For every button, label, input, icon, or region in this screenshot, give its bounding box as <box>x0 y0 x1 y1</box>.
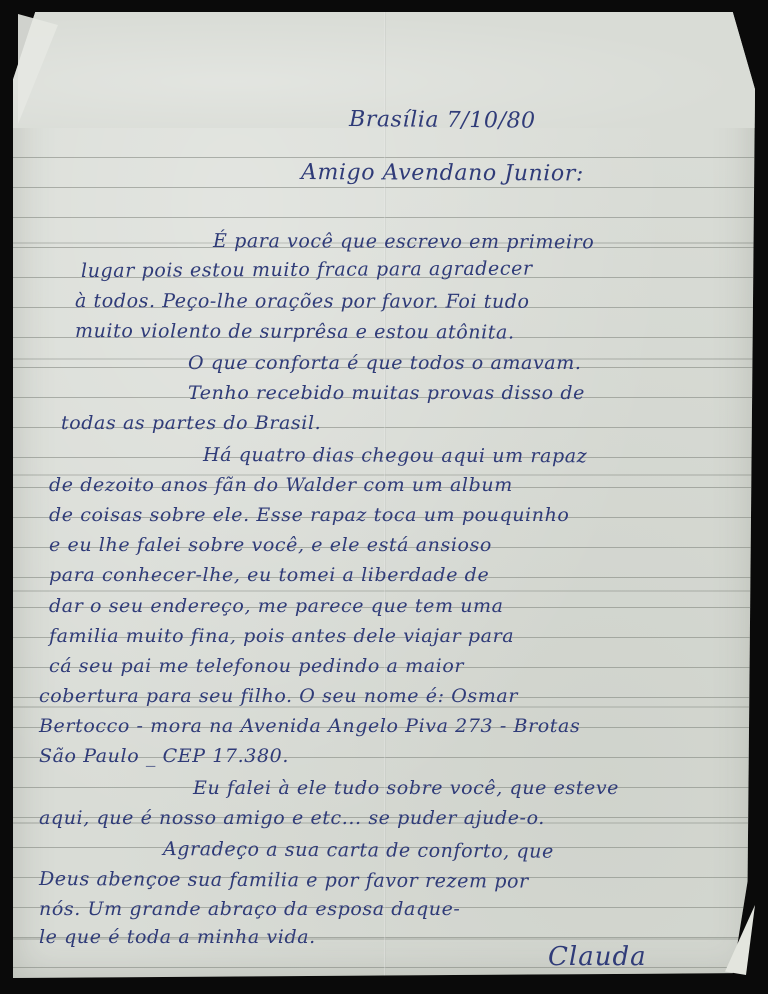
letter-line-20: aqui, que é nosso amigo e etc... se pude… <box>39 807 545 829</box>
letter-line-17: Bertocco - mora na Avenida Angelo Piva 2… <box>39 715 580 737</box>
letter-date-place: Brasília 7/10/80 <box>349 107 536 134</box>
letter-line-13: dar o seu endereço, me parece que tem um… <box>49 595 504 617</box>
letter-signature: Clauda <box>548 942 647 972</box>
letter-line-3: à todos. Peço-lhe orações por favor. Foi… <box>75 290 530 313</box>
letter-line-2: lugar pois estou muito fraca para agrade… <box>81 258 533 282</box>
letter-line-1: É para você que escrevo em primeiro <box>213 230 594 253</box>
letter-line-10: de coisas sobre ele. Esse rapaz toca um … <box>49 504 569 526</box>
letter-line-21: Agradeço a sua carta de conforto, que <box>163 838 554 863</box>
letter-line-12: para conhecer-lhe, eu tomei a liberdade … <box>49 564 489 586</box>
letter-line-14: familia muito fina, pois antes dele viaj… <box>49 625 514 647</box>
letter-line-6: Tenho recebido muitas provas disso de <box>188 382 585 404</box>
letter-line-23: nós. Um grande abraço da esposa daque- <box>39 898 460 920</box>
letter-line-7: todas as partes do Brasil. <box>61 412 321 434</box>
letter-line-8: Há quatro dias chegou aqui um rapaz <box>203 444 587 467</box>
letter-line-22: Deus abençoe sua familia e por favor rez… <box>39 868 529 893</box>
letter-line-19: Eu falei à ele tudo sobre você, que este… <box>193 777 619 799</box>
letter-line-15: cá seu pai me telefonou pedindo a maior <box>49 655 464 677</box>
letter-line-11: e eu lhe falei sobre você, e ele está an… <box>49 534 492 556</box>
letter-line-18: São Paulo _ CEP 17.380. <box>39 745 289 767</box>
letter-line-5: O que conforta é que todos o amavam. <box>188 352 581 374</box>
letter-paper: Brasília 7/10/80 Amigo Avendano Junior: … <box>13 12 755 978</box>
letter-line-4: muito violento de surprêsa e estou atôni… <box>75 320 515 344</box>
letter-salutation: Amigo Avendano Junior: <box>301 160 584 186</box>
letter-line-24: le que é toda a minha vida. <box>39 926 316 948</box>
scanned-letter: Brasília 7/10/80 Amigo Avendano Junior: … <box>0 0 768 994</box>
letter-line-16: cobertura para seu filho. O seu nome é: … <box>39 685 518 707</box>
letter-line-9: de dezoito anos fãn do Walder com um alb… <box>49 474 513 496</box>
